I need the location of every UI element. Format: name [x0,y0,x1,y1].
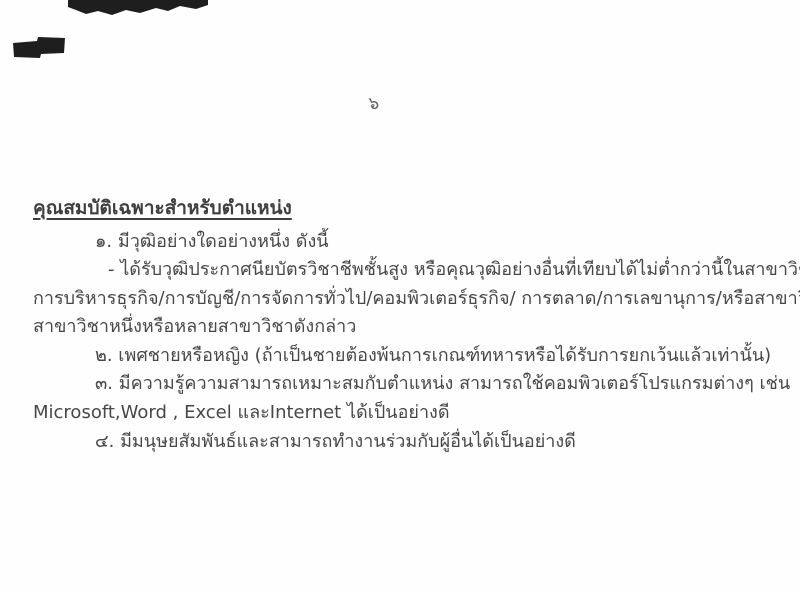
scan-artifact-left-icon [11,37,65,59]
scanned-document-page: ๖ คุณสมบัติเฉพาะสำหรับตำแหน่ง ๑. มีวุฒิอ… [0,0,800,593]
qualification-item-4: ๔. มีมนุษยสัมพันธ์และสามารถทำงานร่วมกับผ… [33,430,800,454]
qualification-item-3-cont: Microsoft,Word , Excel และInternet ได้เป… [33,401,775,425]
section-heading: คุณสมบัติเฉพาะสำหรับตำแหน่ง [33,196,775,220]
qualification-item-1-detail-cont: การบริหารธุรกิจ/การบัญชี/การจัดการทั่วไป… [33,287,775,311]
qualification-item-1-detail-cont2: สาขาวิชาหนึ่งหรือหลายสาขาวิชาดังกล่าว [33,315,775,339]
scan-artifact-top-icon [68,0,208,18]
qualification-item-2: ๒. เพศชายหรือหญิง (ถ้าเป็นชายต้องพ้นการเ… [33,344,800,368]
qualification-item-3: ๓. มีความรู้ความสามารถเหมาะสมกับตำแหน่ง … [33,372,800,396]
page-number: ๖ [352,90,396,117]
qualification-item-1-detail: - ได้รับวุฒิประกาศนียบัตรวิชาชีพชั้นสูง … [33,258,800,282]
qualification-item-1: ๑. มีวุฒิอย่างใดอย่างหนึ่ง ดังนี้ [33,230,800,254]
